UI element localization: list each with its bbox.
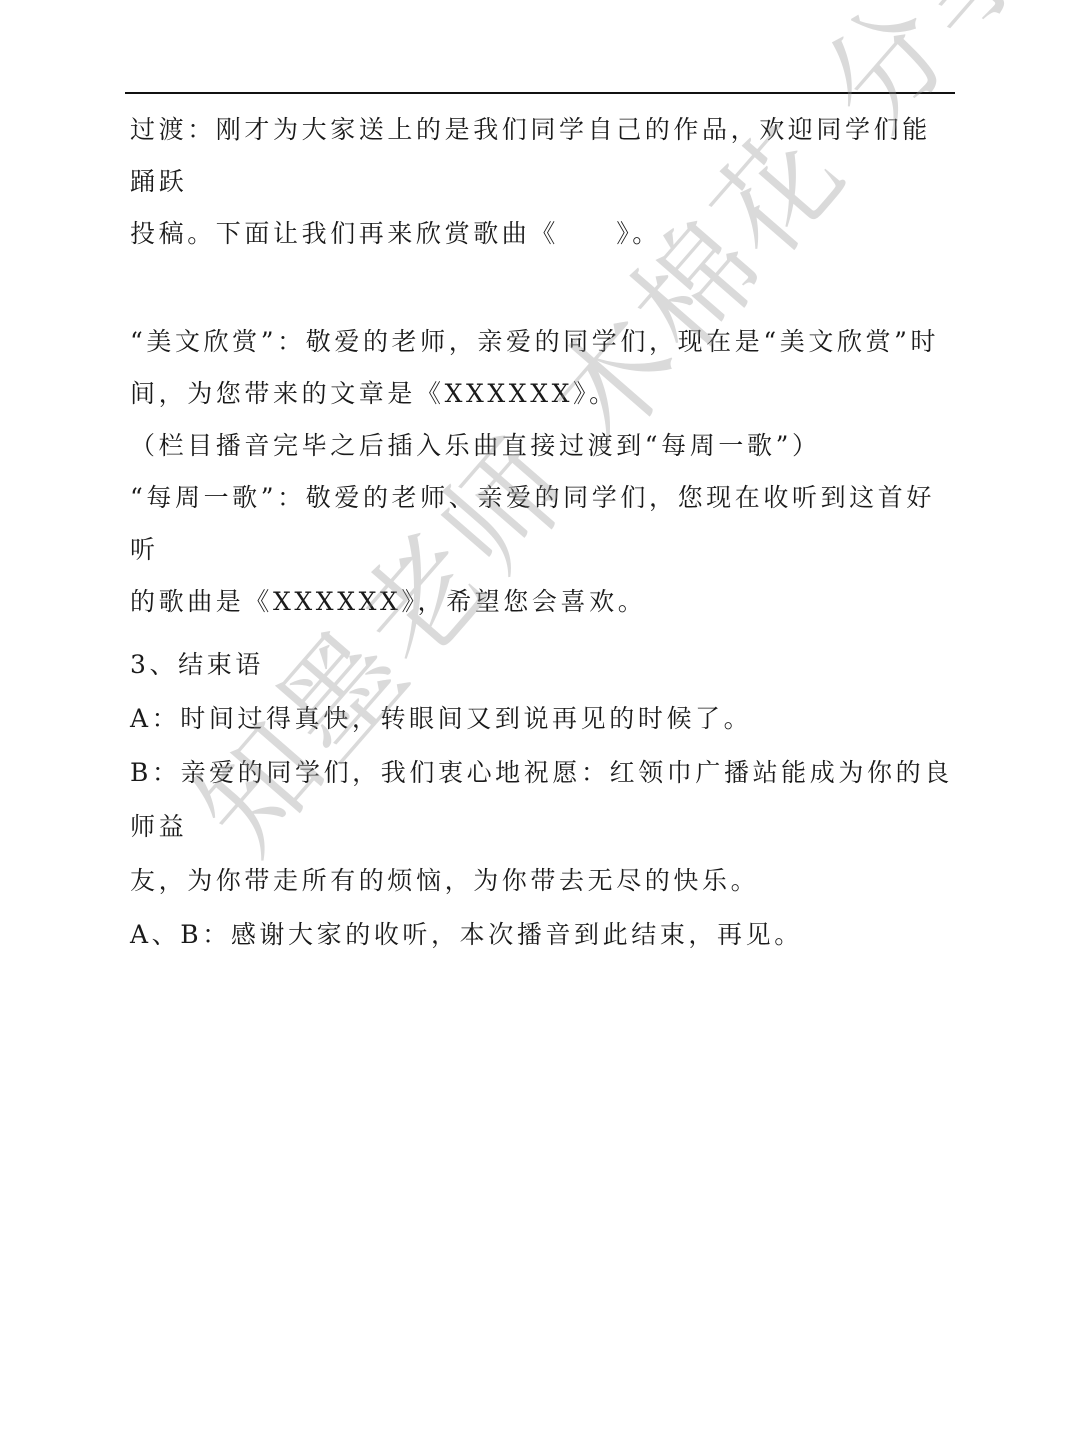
closing-b-paragraph: B：亲爱的同学们，我们衷心地祝愿：红领巾广播站能成为你的良师益 友，为你带走所有… [130, 746, 955, 908]
text-line: 友，为你带走所有的烦恼，为你带去无尽的快乐。 [130, 854, 955, 908]
document-page: 过渡：刚才为大家送上的是我们同学自己的作品，欢迎同学们能踊跃 投稿。下面让我们再… [130, 104, 955, 962]
closing-a-paragraph: A：时间过得真快，转眼间又到说再见的时候了。 [130, 692, 955, 746]
text-line: “每周一歌”：敬爱的老师、亲爱的同学们，您现在收听到这首好听 [130, 472, 955, 576]
text-line: 过渡：刚才为大家送上的是我们同学自己的作品，欢迎同学们能踊跃 [130, 104, 955, 208]
spacer [130, 628, 955, 638]
spacer [130, 260, 955, 312]
text-line: 间，为您带来的文章是《XXXXXX》。 [130, 368, 955, 420]
text-line: 的歌曲是《XXXXXX》，希望您会喜欢。 [130, 576, 955, 628]
header-rule [125, 92, 955, 94]
note-paragraph: （栏目播音完毕之后插入乐曲直接过渡到“每周一歌”） [130, 420, 955, 472]
closing-ab-paragraph: A、B：感谢大家的收听，本次播音到此结束，再见。 [130, 908, 955, 962]
text-line: A：时间过得真快，转眼间又到说再见的时候了。 [130, 692, 955, 746]
text-line: （栏目播音完毕之后插入乐曲直接过渡到“每周一歌”） [130, 420, 955, 472]
text-line: B：亲爱的同学们，我们衷心地祝愿：红领巾广播站能成为你的良师益 [130, 746, 955, 854]
essay-section-paragraph: “美文欣赏”：敬爱的老师，亲爱的同学们，现在是“美文欣赏”时 间，为您带来的文章… [130, 316, 955, 420]
text-line: “美文欣赏”：敬爱的老师，亲爱的同学们，现在是“美文欣赏”时 [130, 316, 955, 368]
text-line: 投稿。下面让我们再来欣赏歌曲《 》。 [130, 208, 955, 260]
section-heading: 3、结束语 [130, 638, 955, 692]
transition-paragraph: 过渡：刚才为大家送上的是我们同学自己的作品，欢迎同学们能踊跃 投稿。下面让我们再… [130, 104, 955, 260]
song-section-paragraph: “每周一歌”：敬爱的老师、亲爱的同学们，您现在收听到这首好听 的歌曲是《XXXX… [130, 472, 955, 628]
text-line: A、B：感谢大家的收听，本次播音到此结束，再见。 [130, 908, 955, 962]
closing-heading: 3、结束语 [130, 638, 955, 692]
